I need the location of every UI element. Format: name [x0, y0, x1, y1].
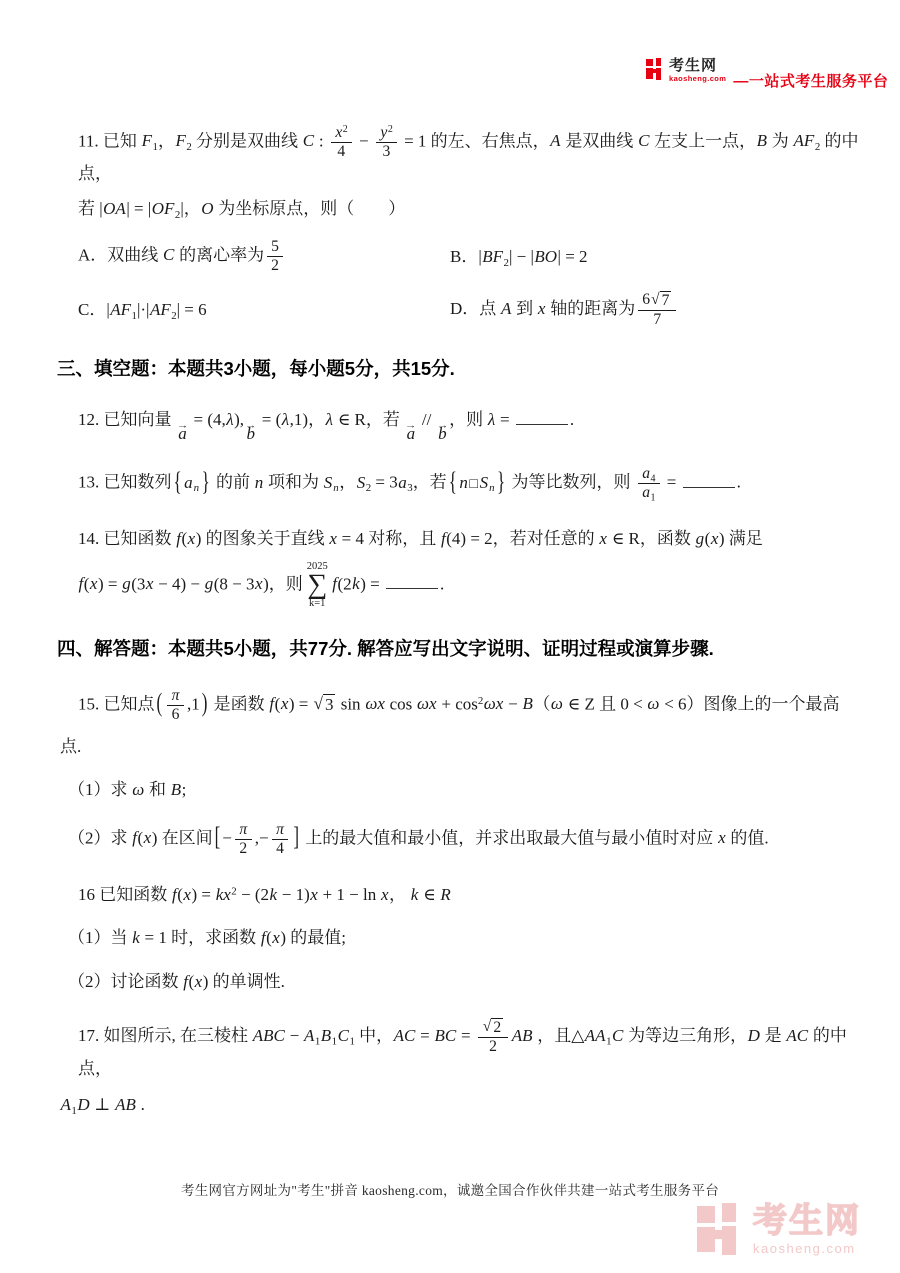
q16-part2: （2）讨论函数 f(x) 的单调性. — [68, 969, 860, 995]
q15-part1: （1）求 ω 和 B; — [68, 777, 860, 803]
q15-part2: （2）求 f(x) 在区间[−π2,−π4] 上的最大值和最小值，并求出取最大值… — [68, 821, 860, 858]
q14-line1: 14. 已知函数 f(x) 的图象关于直线 x = 4 对称，且 f(4) = … — [78, 526, 860, 552]
watermark-brand: 考生网 — [753, 1204, 861, 1238]
brand-tagline: —一站式考生服务平台 — [733, 70, 888, 91]
q16: 16 已知函数 f(x) = kx2 − (2k − 1)x + 1 − ln … — [78, 882, 860, 908]
q14-line2: f(x) = g(3x − 4) − g(8 − 3x)，则2025∑k=1f(… — [78, 562, 860, 610]
kaosheng-logo-icon — [646, 58, 664, 80]
q11-options-row1: A．双曲线 C 的离心率为52B．|BF2| − |BO| = 2 — [78, 238, 860, 275]
brand-domain: kaosheng.com — [669, 75, 726, 83]
section-4-header: 四、解答题：本题共5小题，共77分. 解答应写出文字说明、证明过程或演算步骤. — [57, 635, 860, 663]
q15-line1: 15. 已知点(π6,1) 是函数 f(x) = √3 sin ωx cos ω… — [78, 687, 860, 724]
q11-options-row1-left: A．双曲线 C 的离心率为52 — [78, 238, 450, 275]
q16-part1: （1）当 k = 1 时，求函数 f(x) 的最值; — [68, 925, 860, 951]
q11-options-row2: C．|AF1|·|AF2| = 6D．点 A 到 x 轴的距离为6√77 — [78, 291, 860, 329]
footer-text: 考生网官方网址为"考生"拼音 kaosheng.com，诚邀全国合作伙伴共建一站… — [0, 1179, 900, 1199]
watermark-stack: 考生网 kaosheng.com — [753, 1204, 861, 1255]
kaosheng-watermark-icon — [697, 1203, 744, 1255]
q11-options-row2-left: C．|AF1|·|AF2| = 6 — [78, 297, 450, 323]
watermark: 考生网 kaosheng.com — [697, 1203, 861, 1255]
q11-options-row2-right: D．点 A 到 x 轴的距离为6√77 — [450, 291, 860, 329]
site-header: 考生网 kaosheng.com —一站式考生服务平台 — [646, 58, 888, 91]
q11-line1: 11. 已知 F1，F2 分别是双曲线 C : x24 − y23 = 1 的左… — [78, 124, 860, 186]
page-footer: 考生网官方网址为"考生"拼音 kaosheng.com，诚邀全国合作伙伴共建一站… — [0, 1179, 900, 1199]
brand-stack: 考生网 kaosheng.com — [669, 58, 726, 83]
exam-page: 考生网 kaosheng.com —一站式考生服务平台 11. 已知 F1，F2… — [0, 0, 900, 1273]
q17-line1: 17. 如图所示, 在三棱柱 ABC − A1B1C1 中，AC = BC = … — [78, 1018, 860, 1081]
q11-options-row1-right: B．|BF2| − |BO| = 2 — [450, 244, 860, 270]
q17-line2: A1D ⊥ AB . — [60, 1092, 860, 1118]
q15-line2: 点. — [60, 734, 860, 760]
q13: 13. 已知数列{an} 的前 n 项和为 Sn，S2 = 3a3，若{n□Sn… — [78, 465, 860, 502]
section-3-header: 三、填空题：本题共3小题，每小题5分，共15分. — [57, 355, 860, 383]
q12: 12. 已知向量 →a = (4,λ),→b = (λ,1)，λ ∈ R，若 →… — [78, 407, 860, 442]
brand-name: 考生网 — [669, 58, 726, 73]
exam-content: 11. 已知 F1，F2 分别是双曲线 C : x24 − y23 = 1 的左… — [0, 100, 900, 1117]
q11-line2: 若 |OA| = |OF2|，O 为坐标原点，则（ ） — [78, 196, 860, 222]
watermark-domain: kaosheng.com — [753, 1242, 861, 1255]
